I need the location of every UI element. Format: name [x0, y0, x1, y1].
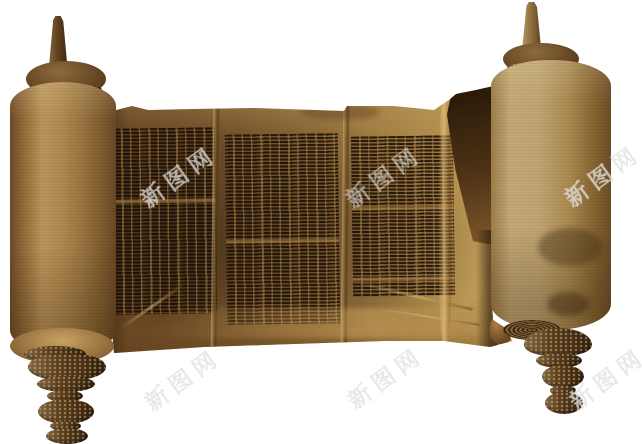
roller-stain [538, 228, 602, 266]
roller-stain [547, 292, 589, 316]
right-roller [0, 0, 642, 444]
right-finial-segment [524, 328, 592, 356]
scroll-photo: 新图网 新图网 新图网 新图网 新图网 新图网 [0, 0, 642, 444]
